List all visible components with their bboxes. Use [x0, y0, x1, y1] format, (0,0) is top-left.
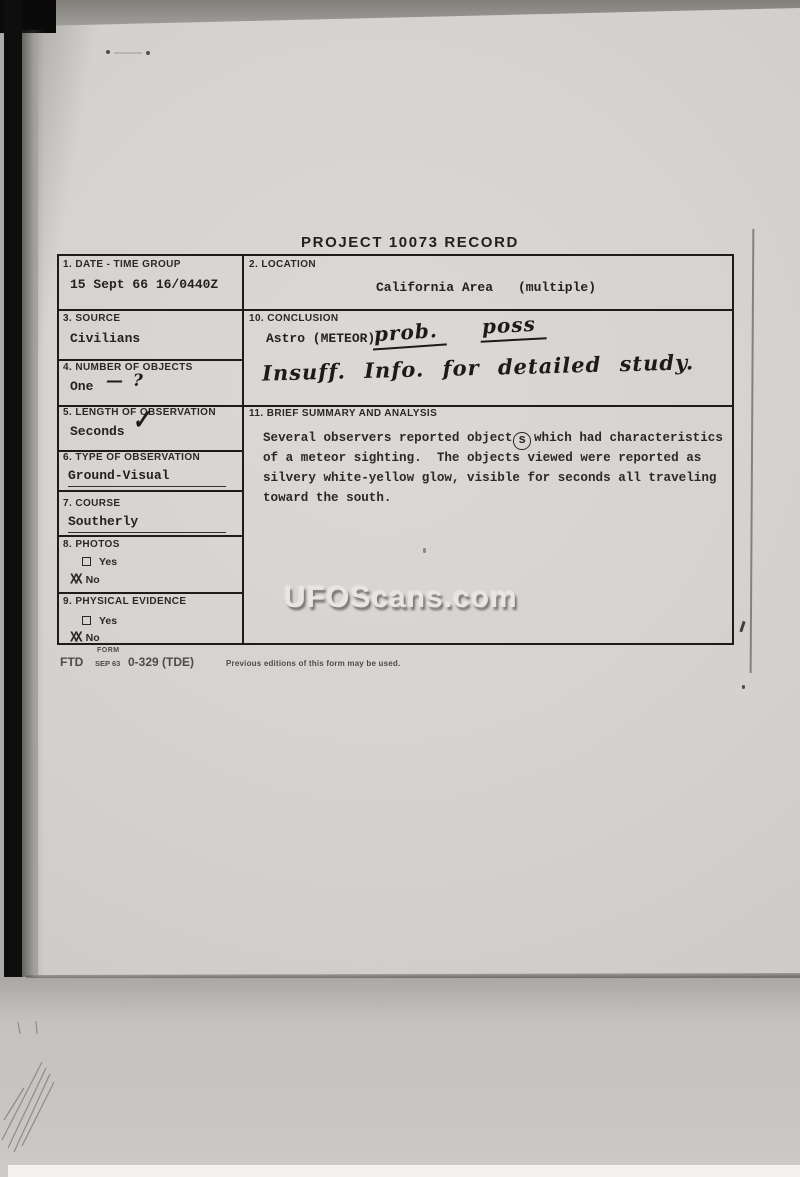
row-divider	[59, 592, 242, 594]
physical-evidence-yes-label: Yes	[99, 615, 117, 627]
column-divider	[242, 256, 244, 643]
handwritten-conclusion-word1: prob.	[371, 317, 447, 350]
footer-form-date: SEP 63	[95, 659, 120, 668]
photos-no-label: No	[86, 574, 100, 586]
photos-no-option: XXNo	[70, 572, 100, 587]
handwritten-question-annotation: — ?	[106, 371, 145, 391]
location-label: 2. LOCATION	[249, 259, 316, 270]
summary-label: 11. BRIEF SUMMARY AND ANALYSIS	[249, 408, 437, 419]
circled-letter-annotation: s	[513, 432, 531, 450]
footer-form-number: 0-329 (TDE)	[128, 655, 194, 669]
course-value: Southerly	[68, 514, 226, 533]
watermark: UFOScans.com	[284, 581, 518, 615]
scan-bottom-white-strip	[8, 1165, 800, 1177]
photos-yes-option: Yes	[82, 556, 117, 568]
summary-text: Several observers reported objectswhich …	[263, 428, 741, 508]
staple-hole-dot	[106, 50, 110, 54]
footer-agency: FTD	[60, 655, 83, 669]
physical-evidence-no-option: XXNo	[70, 630, 100, 645]
length-of-observation-value: Seconds	[70, 424, 125, 439]
course-label: 7. COURSE	[63, 498, 121, 509]
row-divider	[59, 535, 242, 537]
handwritten-xx-mark: XX	[70, 571, 80, 588]
staple-hole-dot	[146, 51, 150, 55]
scratch-marks	[0, 1000, 120, 1170]
handwritten-conclusion-word2: poss	[479, 311, 546, 342]
footer-note: Previous editions of this form may be us…	[226, 659, 400, 668]
physical-evidence-label: 9. PHYSICAL EVIDENCE	[63, 596, 186, 607]
row-divider	[59, 309, 732, 311]
stray-ink-dot	[742, 685, 745, 689]
photos-label: 8. PHOTOS	[63, 539, 120, 550]
physical-evidence-no-label: No	[86, 632, 100, 644]
photos-yes-label: Yes	[99, 556, 117, 568]
summary-text-part1: Several observers reported object	[263, 431, 512, 445]
scan-left-shadow	[22, 30, 44, 977]
scan-black-left-strip	[4, 0, 22, 977]
row-divider	[59, 490, 242, 492]
physical-evidence-yes-option: Yes	[82, 615, 117, 627]
footer-form-word: FORM	[97, 647, 120, 654]
number-of-objects-value: One	[70, 379, 93, 394]
form-title: PROJECT 10073 RECORD	[70, 234, 750, 251]
source-label: 3. SOURCE	[63, 313, 121, 324]
source-value: Civilians	[70, 331, 140, 346]
handwritten-xx-mark: XX	[70, 629, 80, 646]
row-divider	[59, 359, 242, 361]
conclusion-label: 10. CONCLUSION	[249, 313, 339, 324]
type-of-observation-value: Ground-Visual	[68, 468, 226, 487]
conclusion-typed-value: Astro (METEOR)	[266, 331, 375, 346]
checkbox-icon	[82, 557, 91, 566]
date-time-label: 1. DATE - TIME GROUP	[63, 259, 181, 270]
faint-dash-mark	[114, 52, 142, 54]
type-of-observation-label: 6. TYPE OF OBSERVATION	[63, 452, 200, 463]
date-time-value: 15 Sept 66 16/0440Z	[70, 277, 218, 292]
location-qualifier: (multiple)	[518, 280, 596, 295]
checkbox-icon	[82, 616, 91, 625]
location-value: California Area	[376, 280, 493, 295]
scanned-document-page: PROJECT 10073 RECORD 1. DATE - TIME GROU…	[0, 0, 800, 1177]
scan-backing-bottom-sheet	[0, 978, 800, 1177]
